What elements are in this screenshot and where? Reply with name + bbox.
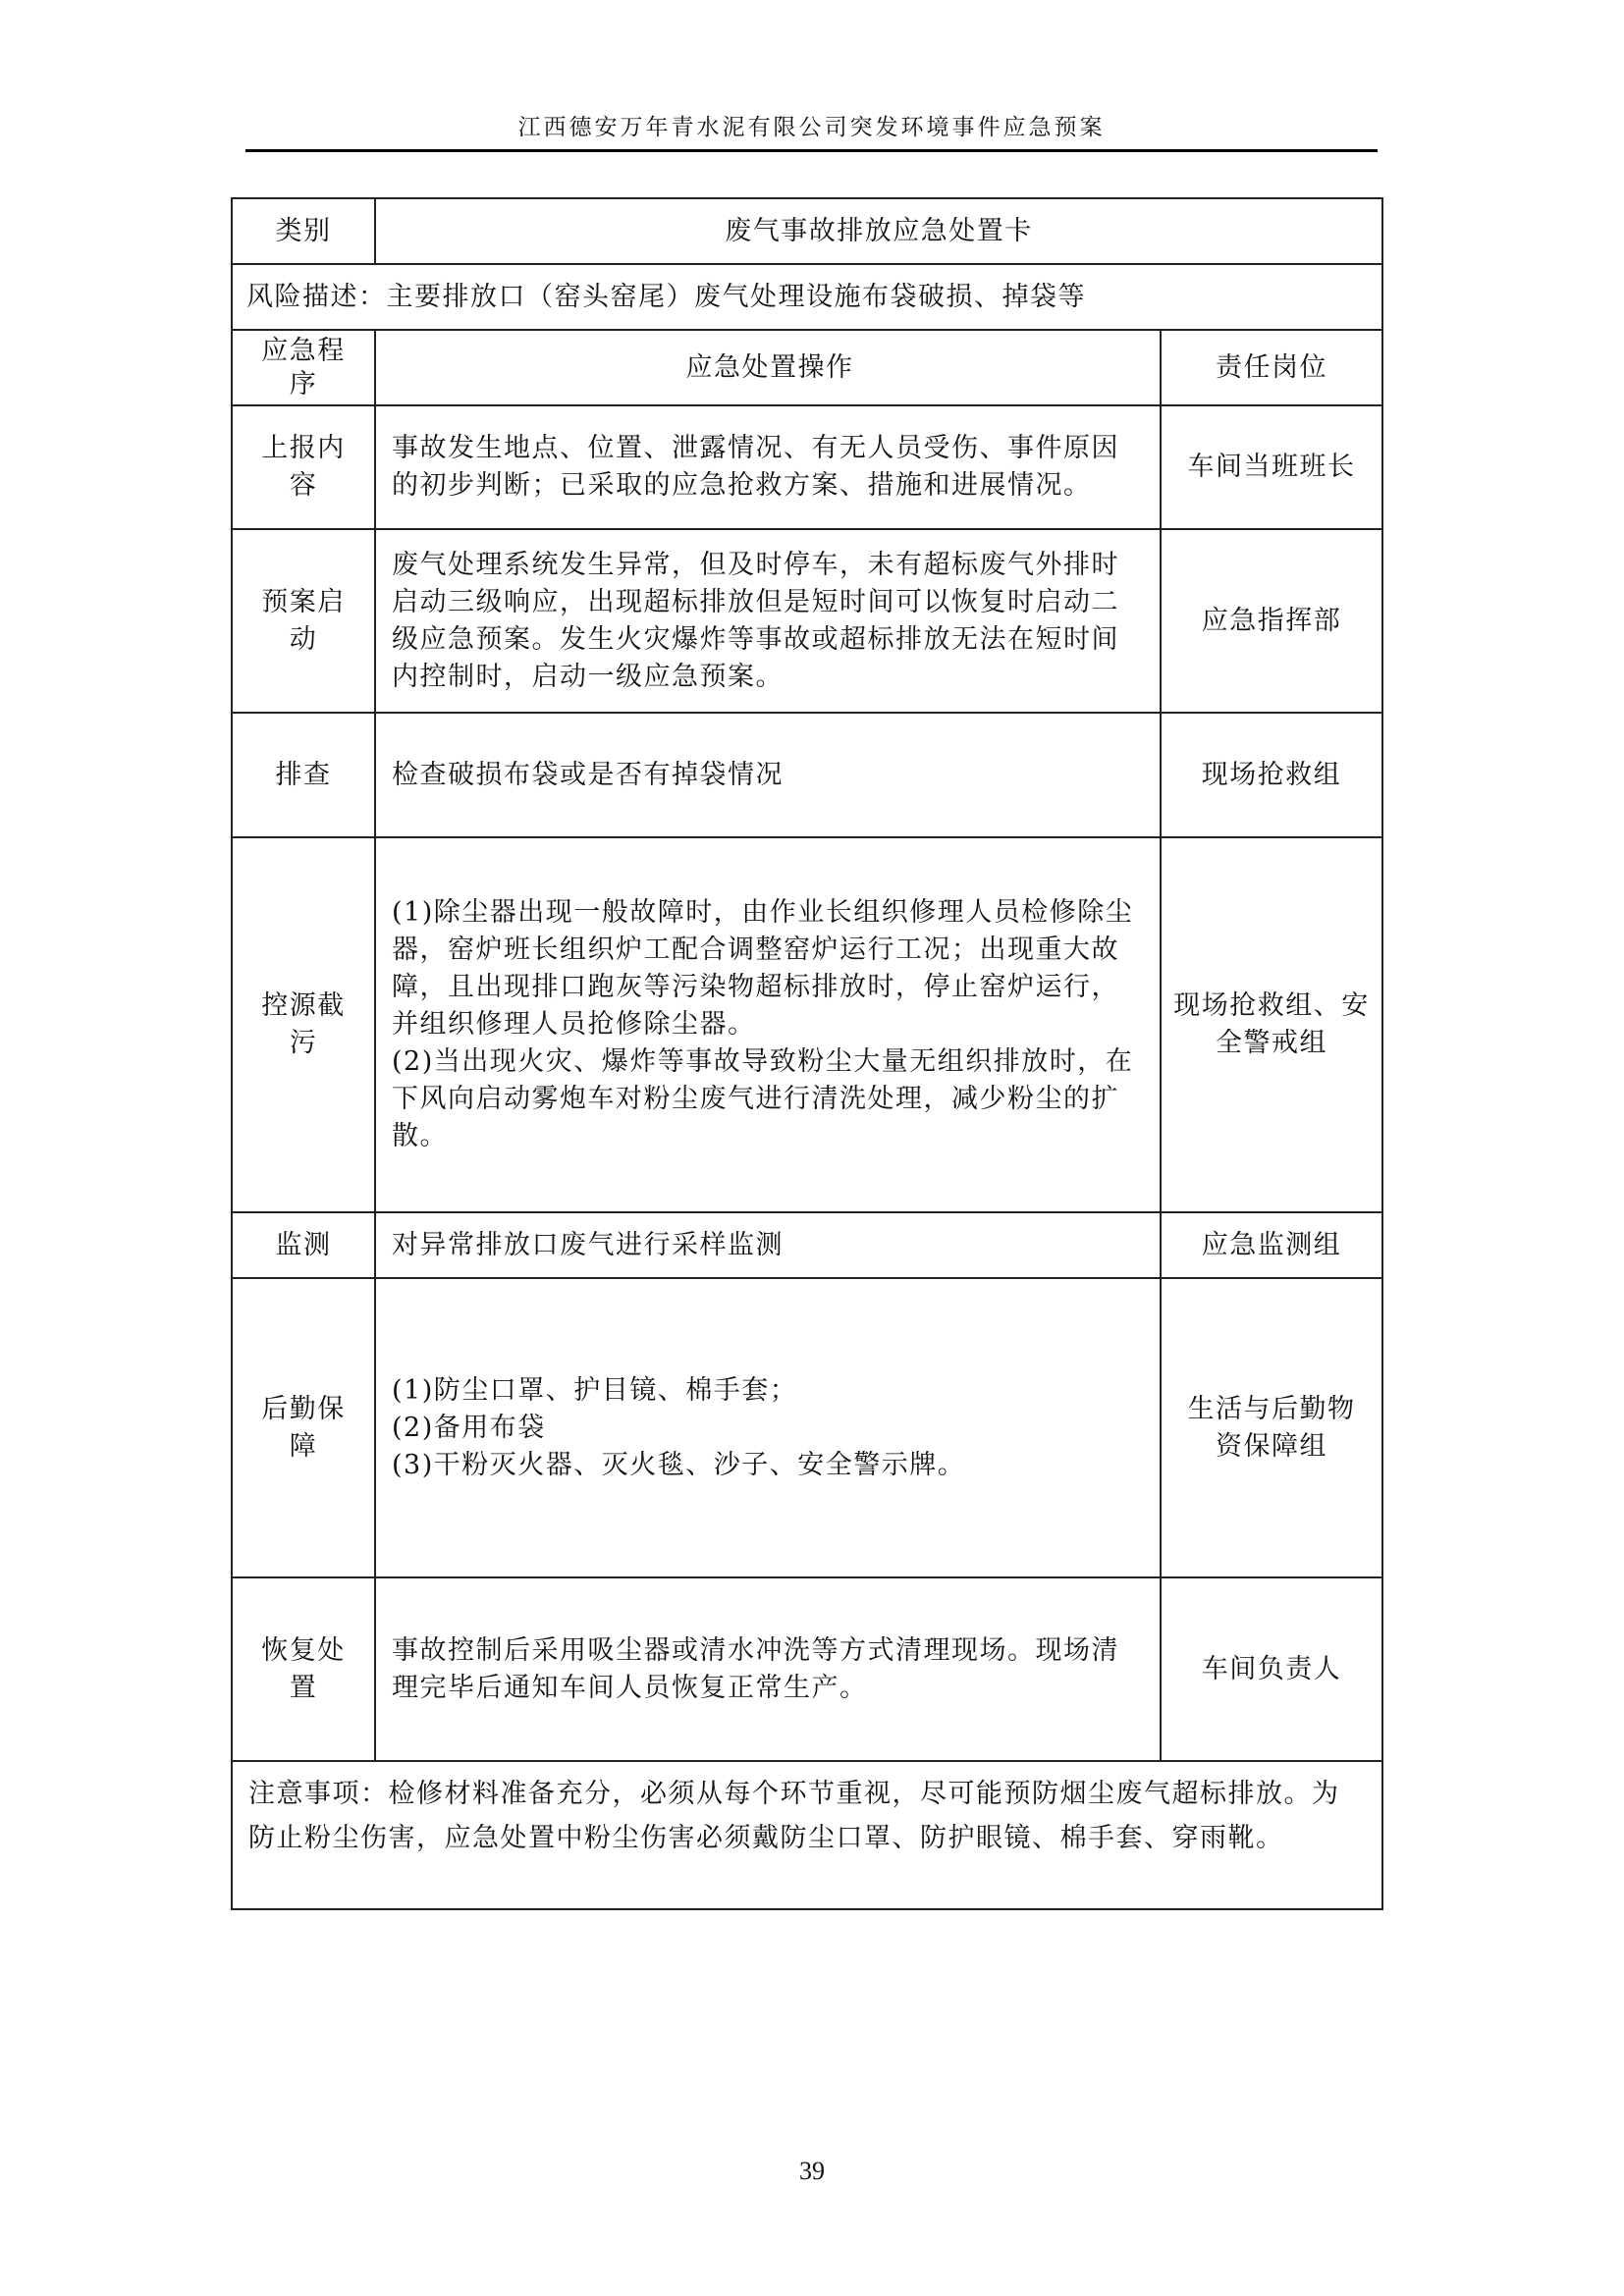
responsible-cell: 应急指挥部 <box>1161 529 1382 713</box>
risk-description: 风险描述：主要排放口（窑头窑尾）废气处理设施布袋破损、掉袋等 <box>232 264 1382 330</box>
category-value: 废气事故排放应急处置卡 <box>375 198 1382 264</box>
header-rule <box>245 149 1378 152</box>
table-row: 后勤保障(1)防尘口罩、护目镜、棉手套；(2)备用布袋(3)干粉灭火器、灭火毯、… <box>232 1278 1382 1577</box>
procedure-cell: 后勤保障 <box>232 1278 375 1577</box>
column-header-responsible: 责任岗位 <box>1161 330 1382 405</box>
operation-cell: 事故发生地点、位置、泄露情况、有无人员受伤、事件原因的初步判断；已采取的应急抢救… <box>375 405 1161 529</box>
page-header: 江西德安万年青水泥有限公司突发环境事件应急预案 <box>245 110 1378 153</box>
procedure-cell: 恢复处置 <box>232 1577 375 1761</box>
category-label: 类别 <box>232 198 375 264</box>
operation-cell: (1)除尘器出现一般故障时，由作业长组织修理人员检修除尘器，窑炉班长组织炉工配合… <box>375 837 1161 1212</box>
responsible-cell: 现场抢救组 <box>1161 713 1382 837</box>
column-header-procedure: 应急程 序 <box>232 330 375 405</box>
responsible-cell: 现场抢救组、安全警戒组 <box>1161 837 1382 1212</box>
page-number: 39 <box>763 2157 861 2186</box>
table-row: 控源截污(1)除尘器出现一般故障时，由作业长组织修理人员检修除尘器，窑炉班长组织… <box>232 837 1382 1212</box>
emergency-card-table: 类别 废气事故排放应急处置卡 风险描述：主要排放口（窑头窑尾）废气处理设施布袋破… <box>231 197 1383 1910</box>
procedure-cell: 控源截污 <box>232 837 375 1212</box>
operation-cell: 废气处理系统发生异常，但及时停车，未有超标废气外排时启动三级响应，出现超标排放但… <box>375 529 1161 713</box>
responsible-cell: 车间当班班长 <box>1161 405 1382 529</box>
table-row: 预案启动废气处理系统发生异常，但及时停车，未有超标废气外排时启动三级响应，出现超… <box>232 529 1382 713</box>
risk-row: 风险描述：主要排放口（窑头窑尾）废气处理设施布袋破损、掉袋等 <box>232 264 1382 330</box>
procedure-cell: 预案启动 <box>232 529 375 713</box>
operation-cell: (1)防尘口罩、护目镜、棉手套；(2)备用布袋(3)干粉灭火器、灭火毯、沙子、安… <box>375 1278 1161 1577</box>
procedure-cell: 监测 <box>232 1212 375 1278</box>
category-row: 类别 废气事故排放应急处置卡 <box>232 198 1382 264</box>
operation-cell: 检查破损布袋或是否有掉袋情况 <box>375 713 1161 837</box>
procedure-cell: 上报内容 <box>232 405 375 529</box>
responsible-cell: 生活与后勤物资保障组 <box>1161 1278 1382 1577</box>
column-header-row: 应急程 序 应急处置操作 责任岗位 <box>232 330 1382 405</box>
responsible-cell: 应急监测组 <box>1161 1212 1382 1278</box>
column-header-operation: 应急处置操作 <box>375 330 1161 405</box>
table-row: 监测对异常排放口废气进行采样监测应急监测组 <box>232 1212 1382 1278</box>
notes-text: 注意事项：检修材料准备充分，必须从每个环节重视，尽可能预防烟尘废气超标排放。为 … <box>232 1761 1382 1909</box>
document-title: 江西德安万年青水泥有限公司突发环境事件应急预案 <box>518 110 1106 145</box>
table-row: 恢复处置事故控制后采用吸尘器或清水冲洗等方式清理现场。现场清理完毕后通知车间人员… <box>232 1577 1382 1761</box>
operation-cell: 事故控制后采用吸尘器或清水冲洗等方式清理现场。现场清理完毕后通知车间人员恢复正常… <box>375 1577 1161 1761</box>
table-row: 上报内容事故发生地点、位置、泄露情况、有无人员受伤、事件原因的初步判断；已采取的… <box>232 405 1382 529</box>
responsible-cell: 车间负责人 <box>1161 1577 1382 1761</box>
notes-row: 注意事项：检修材料准备充分，必须从每个环节重视，尽可能预防烟尘废气超标排放。为 … <box>232 1761 1382 1909</box>
procedure-cell: 排查 <box>232 713 375 837</box>
table-row: 排查检查破损布袋或是否有掉袋情况现场抢救组 <box>232 713 1382 837</box>
operation-cell: 对异常排放口废气进行采样监测 <box>375 1212 1161 1278</box>
